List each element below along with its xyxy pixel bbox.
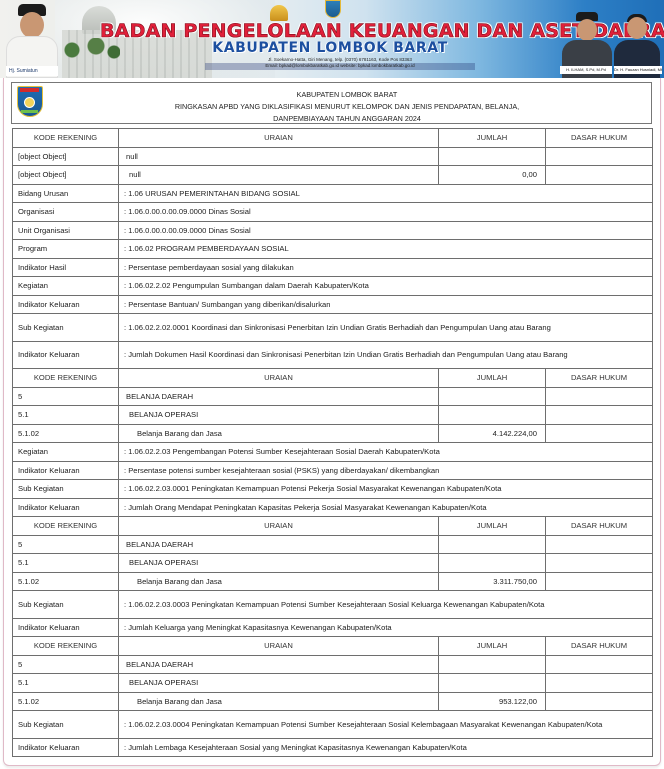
info-row: Sub Kegiatan : 1.06.02.2.02.0001 Koordin… — [13, 314, 653, 342]
document-header: KABUPATEN LOMBOK BARAT RINGKASAN APBD YA… — [11, 82, 652, 124]
info-row: Sub Kegiatan : 1.06.02.2.03.0001 Peningk… — [13, 480, 653, 499]
lombok-barat-logo-icon — [17, 86, 43, 117]
header-banner: Hj. Sumiatun BADAN PENGELOLAAN KEUANGAN … — [0, 0, 664, 78]
info-row: Indikator Keluaran : Jumlah Dokumen Hasi… — [13, 341, 653, 369]
info-row: Indikator Hasil : Persentase pemberdayaa… — [13, 258, 653, 277]
table-row: 5 BELANJA DAERAH — [13, 387, 653, 406]
info-row: Indikator Keluaran : Jumlah Keluarga yan… — [13, 618, 653, 637]
column-header-kode: KODE REKENING — [13, 129, 119, 148]
apbd-summary-table: KODE REKENING URAIAN JUMLAH DASAR HUKUM … — [12, 128, 653, 757]
info-row: Sub Kegiatan : 1.06.02.2.03.0004 Peningk… — [13, 711, 653, 739]
table-row: [object Object] null 0,00 — [13, 166, 653, 185]
info-row: Sub Kegiatan : 1.06.02.2.03.0003 Peningk… — [13, 591, 653, 619]
document-title-main: RINGKASAN APBD YANG DIKLASIFIKASI MENURU… — [52, 102, 642, 111]
table-header-row: KODE REKENING URAIAN JUMLAH DASAR HUKUM — [13, 637, 653, 656]
column-header-uraian: URAIAN — [119, 129, 439, 148]
amount-cell: 4.142.224,00 — [439, 424, 546, 443]
regency-emblem-icon — [325, 0, 341, 18]
info-row: Bidang Urusan : 1.06 URUSAN PEMERINTAHAN… — [13, 184, 653, 203]
info-row: Program : 1.06.02 PROGRAM PEMBERDAYAAN S… — [13, 240, 653, 259]
info-row: Indikator Keluaran : Persentase potensi … — [13, 461, 653, 480]
table-row: [object Object] null — [13, 147, 653, 166]
table-row: 5.1 BELANJA OPERASI — [13, 674, 653, 693]
info-row: Indikator Keluaran : Jumlah Orang Mendap… — [13, 498, 653, 517]
info-row: Unit Organisasi : 1.06.0.00.0.00.09.0000… — [13, 221, 653, 240]
amount-cell: 3.311.750,00 — [439, 572, 546, 591]
agency-address: Jl. Soekarno-Hatta, Giri Menang, telp. (… — [200, 57, 480, 69]
table-header-row: KODE REKENING URAIAN JUMLAH DASAR HUKUM — [13, 129, 653, 148]
document-title-regency: KABUPATEN LOMBOK BARAT — [52, 90, 642, 99]
table-row: 5.1 BELANJA OPERASI — [13, 554, 653, 573]
agency-title: BADAN PENGELOLAAN KEUANGAN DAN ASET DAER… — [100, 20, 560, 42]
info-row: Kegiatan : 1.06.02.2.02 Pengumpulan Sumb… — [13, 277, 653, 296]
info-row: Kegiatan : 1.06.02.2.03 Pengembangan Pot… — [13, 443, 653, 462]
table-row: 5.1.02 Belanja Barang dan Jasa 4.142.224… — [13, 424, 653, 443]
table-header-row: KODE REKENING URAIAN JUMLAH DASAR HUKUM — [13, 517, 653, 536]
document-title-year: DANPEMBIAYAAN TAHUN ANGGARAN 2024 — [52, 114, 642, 123]
official-name-left: Hj. Sumiatun — [6, 66, 58, 76]
amount-cell: 953.122,00 — [439, 692, 546, 711]
info-row: Indikator Keluaran : Persentase Bantuan/… — [13, 295, 653, 314]
official-photo-left: Hj. Sumiatun — [4, 0, 60, 78]
table-row: 5 BELANJA DAERAH — [13, 655, 653, 674]
column-header-dasar: DASAR HUKUM — [546, 129, 653, 148]
info-row: Indikator Keluaran : Jumlah Lembaga Kese… — [13, 738, 653, 757]
table-row: 5.1 BELANJA OPERASI — [13, 406, 653, 425]
regency-title: KABUPATEN LOMBOK BARAT — [100, 40, 560, 56]
table-header-row: KODE REKENING URAIAN JUMLAH DASAR HUKUM — [13, 369, 653, 388]
table-row: 5 BELANJA DAERAH — [13, 535, 653, 554]
official-name-right-1: H. ILHAM, S.Pd, M.Pd — [560, 66, 612, 74]
official-name-right-2: Dr. H. Fauzan Husniadi, MH — [614, 66, 662, 74]
table-row: 5.1.02 Belanja Barang dan Jasa 3.311.750… — [13, 572, 653, 591]
info-row: Organisasi : 1.06.0.00.0.00.09.0000 Dina… — [13, 203, 653, 222]
gold-dome-graphic — [270, 5, 288, 21]
table-row: 5.1.02 Belanja Barang dan Jasa 953.122,0… — [13, 692, 653, 711]
column-header-jumlah: JUMLAH — [439, 129, 546, 148]
